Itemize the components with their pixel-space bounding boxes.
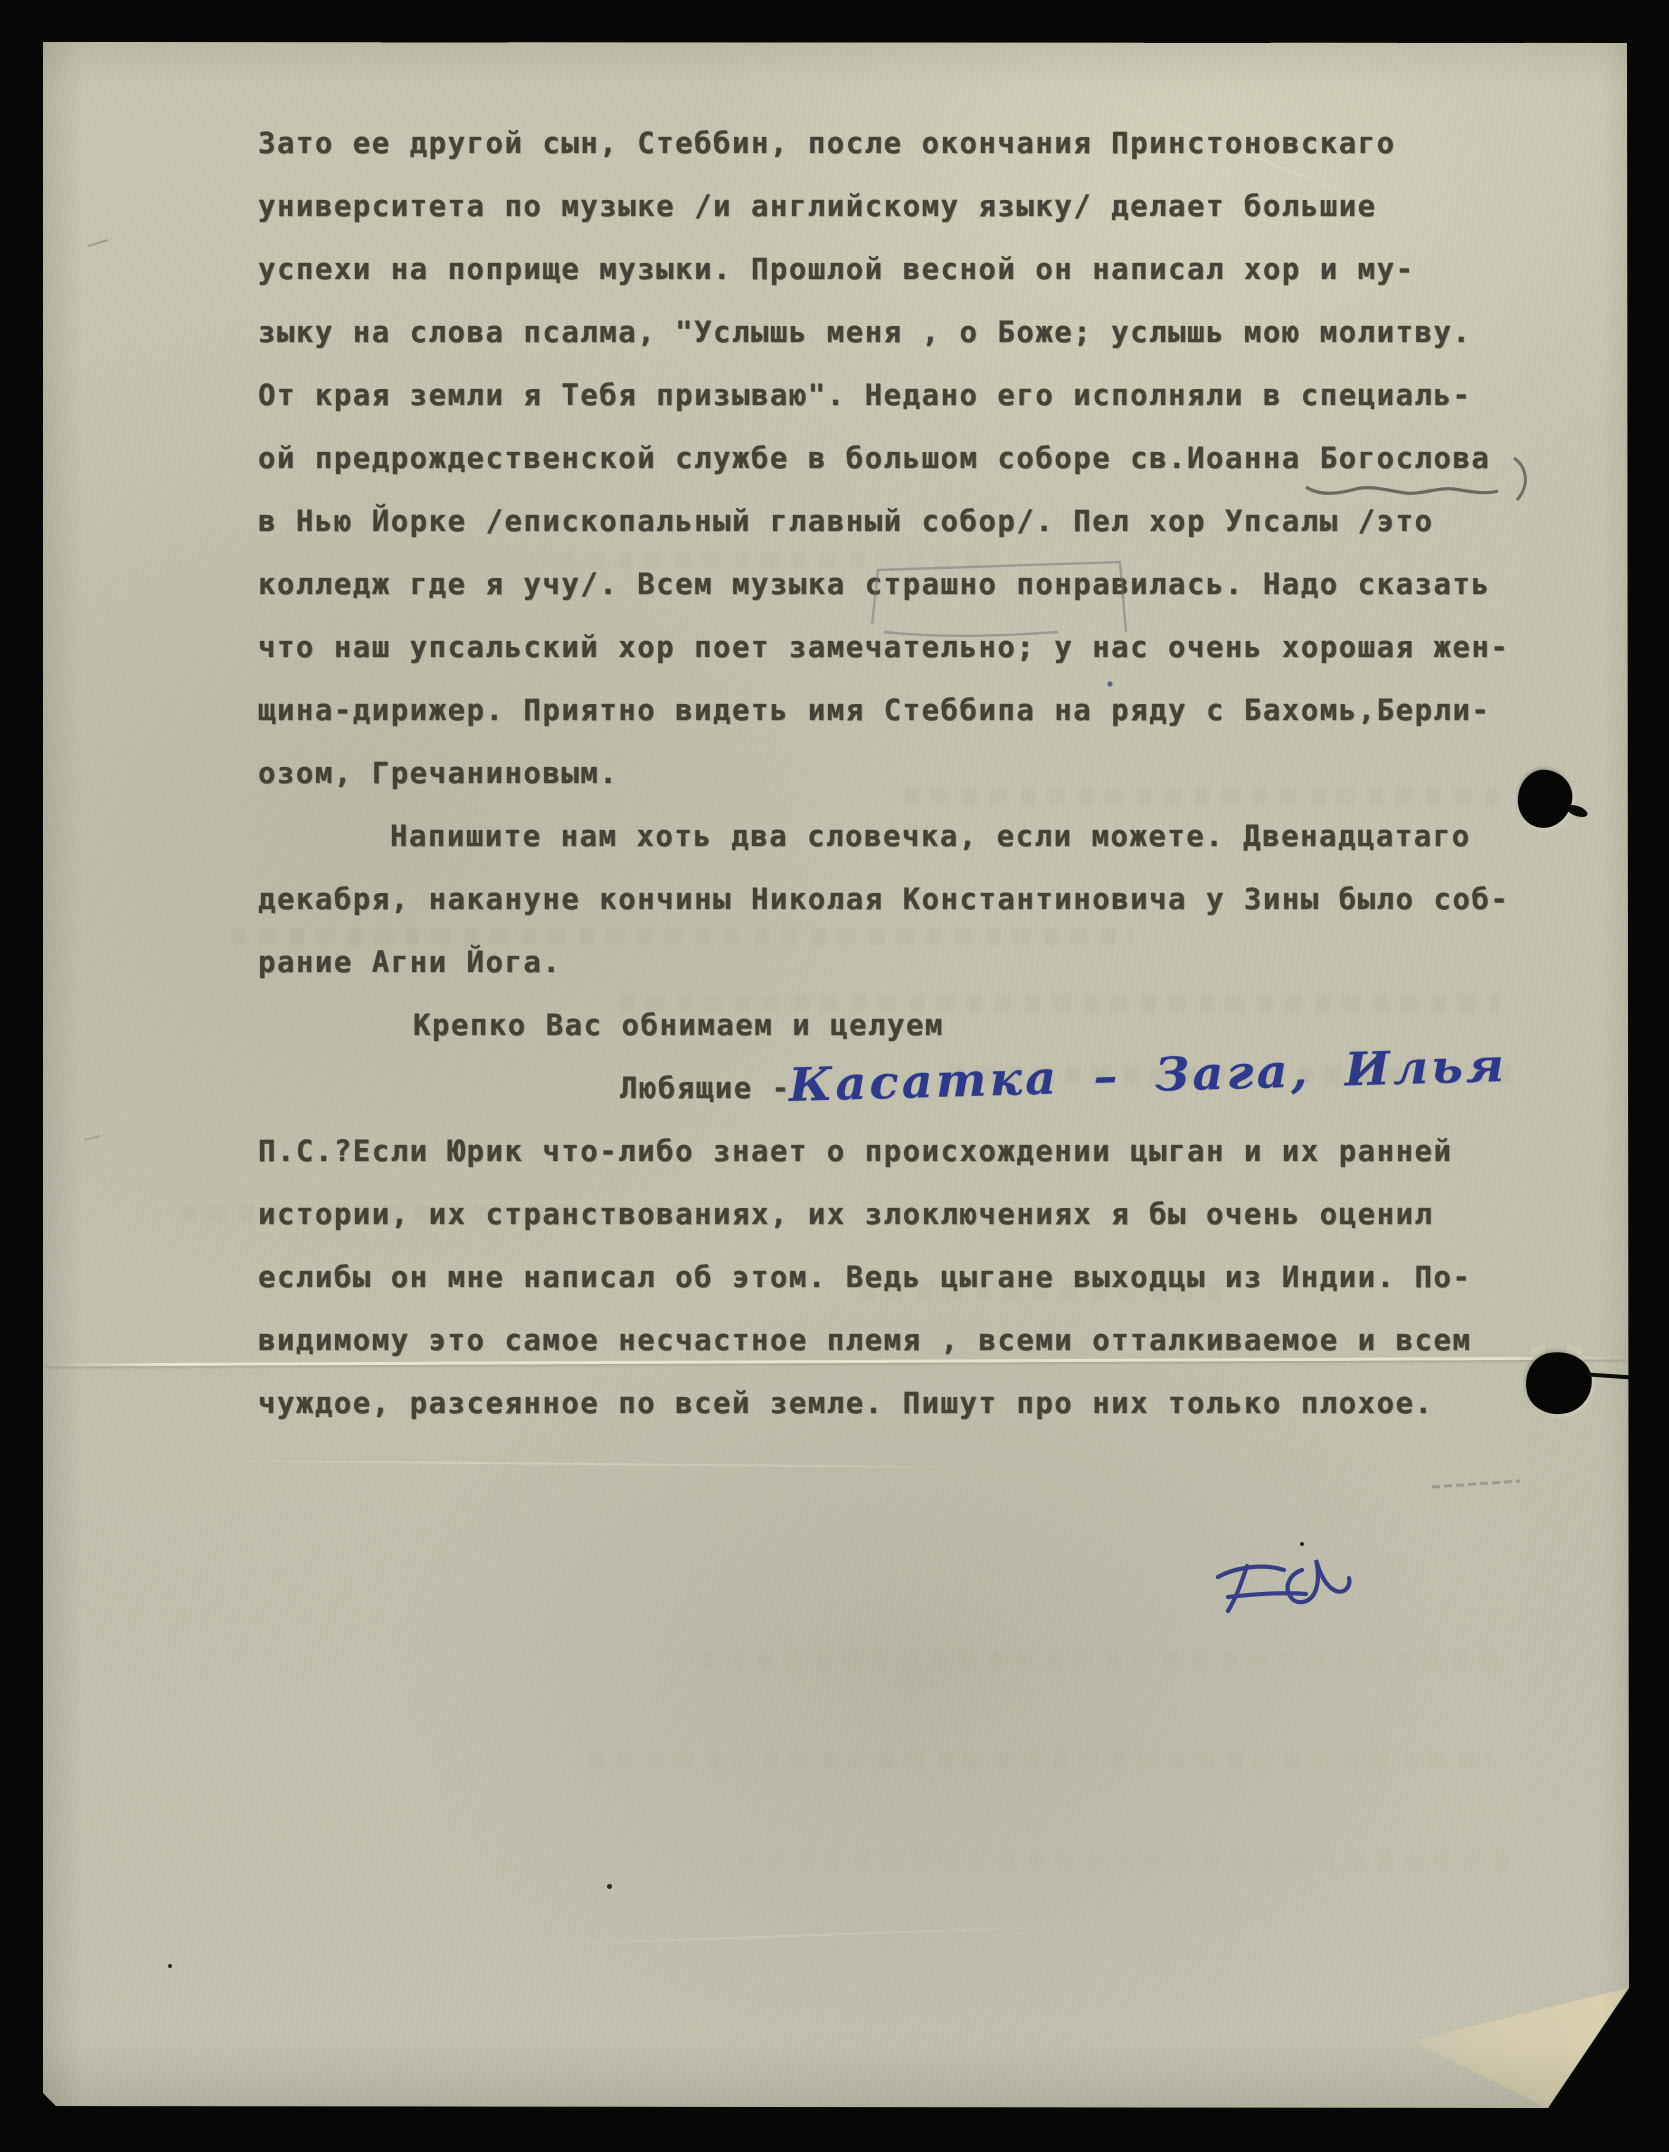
scan-background: Зато ее другой сын, Стеббин, после оконч…: [0, 0, 1669, 2152]
pencil-dash-mark: [1432, 1481, 1520, 1487]
typed-line: ой предрождественской службе в большом с…: [258, 427, 1558, 490]
fold-crease: [210, 1460, 970, 1469]
typed-line: Напишите нам хоть два словечка, если мож…: [258, 805, 1558, 868]
paper-speck: [1300, 1542, 1304, 1546]
paper-speck: [836, 906, 839, 909]
paper-speck: [168, 1964, 172, 1968]
typed-line: Зато ее другой сын, Стеббин, после оконч…: [258, 112, 1558, 175]
ghost-text-impression: [740, 1852, 1520, 1869]
letter-page: Зато ее другой сын, Стеббин, после оконч…: [0, 0, 1669, 2152]
typed-line: еслибы он мне написал об этом. Ведь цыга…: [258, 1246, 1558, 1309]
typed-line: декабря, накануне кончины Николая Конста…: [258, 868, 1558, 931]
typed-line: видимому это самое несчастное племя , вс…: [258, 1309, 1558, 1372]
margin-tick: [84, 1136, 100, 1140]
typed-line: рание Агни Йога.: [258, 931, 1558, 994]
typed-line: чуждое, разсеянное по всей земле. Пишут …: [258, 1372, 1558, 1435]
margin-tick: [88, 240, 108, 246]
folded-corner: [1400, 1975, 1632, 2115]
typed-line: зыку на слова псалма, "Услышь меня , о Б…: [258, 301, 1558, 364]
typed-line: успехи на поприще музыки. Прошлой весной…: [258, 238, 1558, 301]
typed-text: Зато ее другой сын, Стеббин, после оконч…: [258, 112, 1558, 1435]
typed-line: истории, их странствованиях, их злоключе…: [258, 1183, 1558, 1246]
typed-line: П.С.?Если Юрик что-либо знает о происхож…: [258, 1120, 1558, 1183]
ghost-text-impression: [700, 1652, 1500, 1669]
fold-crease: [480, 1924, 1100, 1948]
ghost-text-impression: [590, 1752, 1490, 1769]
typed-line: колледж где я учу/. Всем музыка страшно …: [258, 553, 1558, 616]
typed-line: что наш упсальский хор поет замечательно…: [258, 616, 1558, 679]
typed-line: От края земли я Тебя призываю". Недано е…: [258, 364, 1558, 427]
signature-monogram-scribble: [1218, 1560, 1349, 1611]
typed-line: университета по музыке /и английскому яз…: [258, 175, 1558, 238]
typed-line: озом, Гречаниновым.: [258, 742, 1558, 805]
typed-line: щина-дирижер. Приятно видеть имя Стеббип…: [258, 679, 1558, 742]
typed-line: в Нью Йорке /епископальный главный собор…: [258, 490, 1558, 553]
paper-speck: [607, 1884, 612, 1889]
